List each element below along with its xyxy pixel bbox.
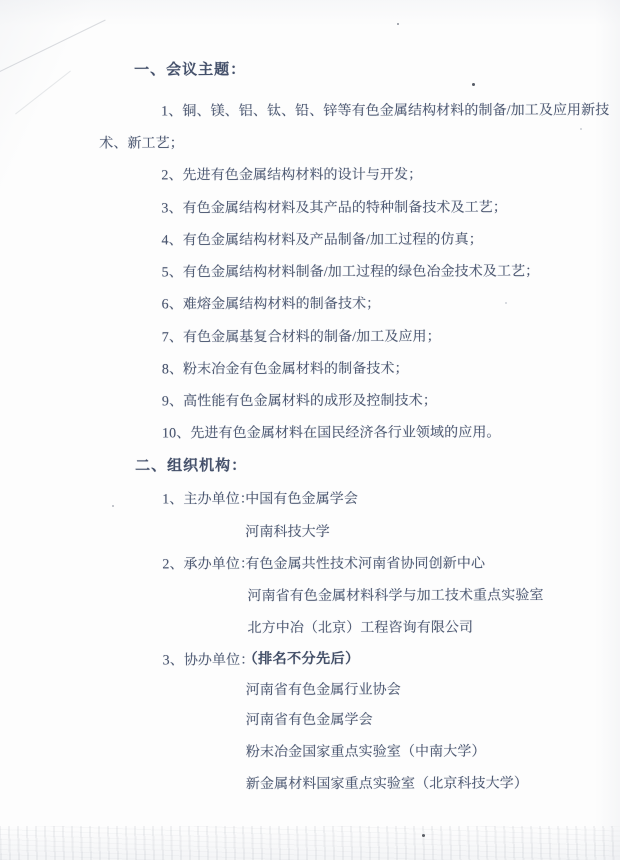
organizer-label: 1、主办单位： bbox=[162, 492, 254, 508]
organizer-value: 河南科技大学 bbox=[245, 525, 330, 541]
topic-item-9: 9、高性能有色金属材料的成形及控制技术； bbox=[162, 394, 437, 411]
topic-item-1-line-1: 1、铜、镁、铝、钛、铅、锌等有色金属结构材料的制备/加工及应用新技 bbox=[161, 103, 609, 120]
topic-item-5: 5、有色金属结构材料制备/加工过程的绿色冶金技术及工艺； bbox=[162, 264, 540, 281]
organizer-value: 中国有色金属学会 bbox=[245, 492, 358, 508]
host-value: 有色金属共性技术河南省协同创新中心 bbox=[245, 557, 485, 574]
topic-item-4: 4、有色金属结构材料及产品制备/加工过程的仿真； bbox=[161, 233, 482, 250]
topic-item-7: 7、有色金属基复合材料的制备/加工及应用； bbox=[162, 330, 441, 347]
host-value: 北方中冶（北京）工程咨询有限公司 bbox=[248, 621, 474, 638]
co-organizer-note: （排名不分先后） bbox=[244, 652, 360, 668]
topic-item-6: 6、难熔金属结构材料的制备技术； bbox=[162, 297, 381, 314]
co-organizer-label: 3、协办单位： bbox=[163, 653, 255, 669]
co-organizer-value: 新金属材料国家重点实验室（北京科技大学） bbox=[246, 776, 528, 793]
scanned-document-page: 一、会议主题： 1、铜、镁、铝、钛、铅、锌等有色金属结构材料的制备/加工及应用新… bbox=[0, 0, 620, 860]
co-organizer-value: 河南省有色金属行业协会 bbox=[246, 683, 401, 699]
section-2-heading: 二、组织机构： bbox=[135, 458, 247, 474]
topic-item-1-line-2: 术、新工艺； bbox=[99, 136, 184, 152]
document-text: 一、会议主题： 1、铜、镁、铝、钛、铅、锌等有色金属结构材料的制备/加工及应用新… bbox=[0, 0, 620, 860]
host-value: 河南省有色金属材料科学与加工技术重点实验室 bbox=[247, 588, 543, 605]
topic-item-8: 8、粉末冶金有色金属材料的制备技术； bbox=[162, 362, 409, 379]
topic-item-3: 3、有色金属结构材料及其产品的特种制备技术及工艺； bbox=[161, 200, 507, 217]
topic-item-2: 2、先进有色金属结构材料的设计与开发； bbox=[161, 168, 422, 185]
host-label: 2、承办单位： bbox=[162, 557, 254, 573]
section-1-heading: 一、会议主题： bbox=[134, 62, 246, 78]
co-organizer-value: 粉末冶金国家重点实验室（中南大学） bbox=[246, 745, 486, 762]
co-organizer-value: 河南省有色金属学会 bbox=[246, 713, 373, 729]
topic-item-10: 10、先进有色金属材料在国民经济各行业领域的应用。 bbox=[162, 426, 501, 443]
